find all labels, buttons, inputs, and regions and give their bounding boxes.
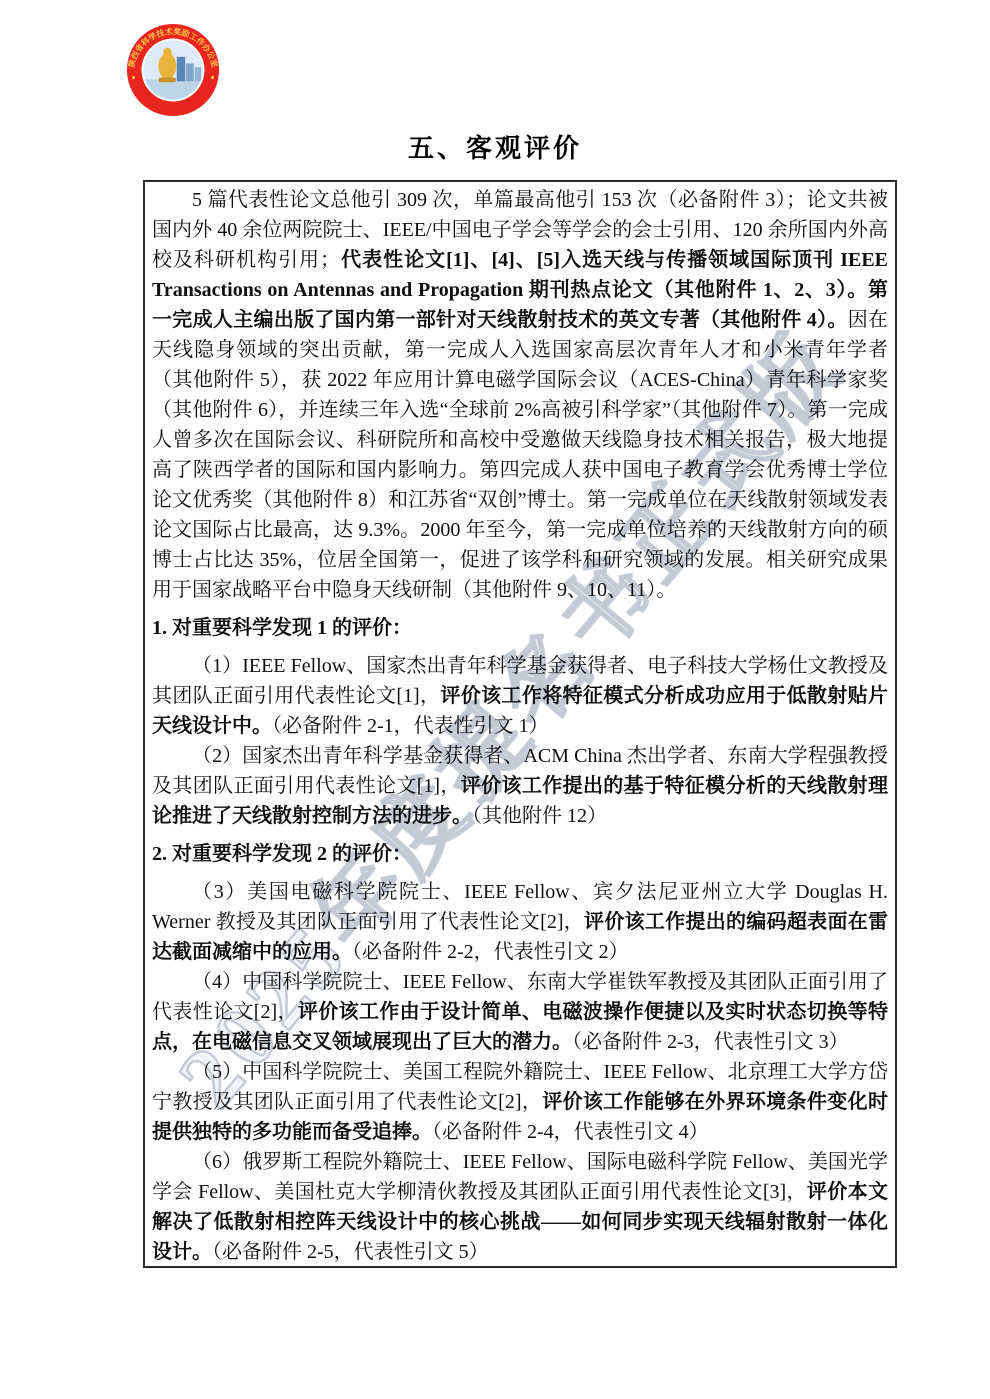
page-title: 五、客观评价 <box>0 128 990 165</box>
body-text: （必备附件 2-3，代表性引文 3） <box>572 1031 849 1053</box>
body-text: （必备附件 2-5，代表性引文 5） <box>212 1241 489 1263</box>
seal-dot-right <box>211 76 214 79</box>
statue-base <box>159 78 176 83</box>
building-silhouette <box>177 57 185 81</box>
body-text: （必备附件 2-4，代表性引文 4） <box>432 1121 709 1143</box>
building-silhouette <box>195 67 202 81</box>
paragraph: （5）中国科学院院士、美国工程院外籍院士、IEEE Fellow、北京理工大学方… <box>152 1057 888 1147</box>
section-heading: 2. 对重要科学发现 2 的评价： <box>152 839 888 869</box>
paragraph: 5 篇代表性论文总他引 309 次，单篇最高他引 153 次（必备附件 3）；论… <box>152 185 888 605</box>
paragraph: （2）国家杰出青年科学基金获得者、ACM China 杰出学者、东南大学程强教授… <box>152 741 888 831</box>
seal-graphic: 陕西省科学技术奖励工作办公室 <box>126 23 220 117</box>
seal-dot-left <box>132 76 135 79</box>
building-silhouette <box>186 63 194 81</box>
body-text: 因在天线隐身领域的突出贡献，第一完成人入选国家高层次青年人才和小米青年学者（其他… <box>152 309 888 601</box>
body-text: （6）俄罗斯工程院外籍院士、IEEE Fellow、国际电磁科学院 Fellow… <box>152 1151 888 1203</box>
org-seal-logo: 陕西省科学技术奖励工作办公室 <box>126 23 220 117</box>
document-page: 2025年度提名书正式版 陕西省科学技术奖励工作办公室 <box>0 0 990 1399</box>
body-text: （必备附件 2-1，代表性引文 1） <box>272 715 549 737</box>
section-heading: 1. 对重要科学发现 1 的评价： <box>152 613 888 643</box>
paragraph: （6）俄罗斯工程院外籍院士、IEEE Fellow、国际电磁科学院 Fellow… <box>152 1147 888 1267</box>
paragraph: （4）中国科学院院士、IEEE Fellow、东南大学崔铁军教授及其团队正面引用… <box>152 967 888 1057</box>
body-text: （其他附件 12） <box>472 805 607 827</box>
paragraph: （1）IEEE Fellow、国家杰出青年科学基金获得者、电子科技大学杨仕文教授… <box>152 651 888 741</box>
body-text: （必备附件 2-2，代表性引文 2） <box>352 941 629 963</box>
statue-body <box>158 53 176 79</box>
paragraph: （3）美国电磁科学院院士、IEEE Fellow、宾夕法尼亚州立大学 Dougl… <box>152 877 888 967</box>
objective-evaluation-box: 5 篇代表性论文总他引 309 次，单篇最高他引 153 次（必备附件 3）；论… <box>143 180 897 1268</box>
